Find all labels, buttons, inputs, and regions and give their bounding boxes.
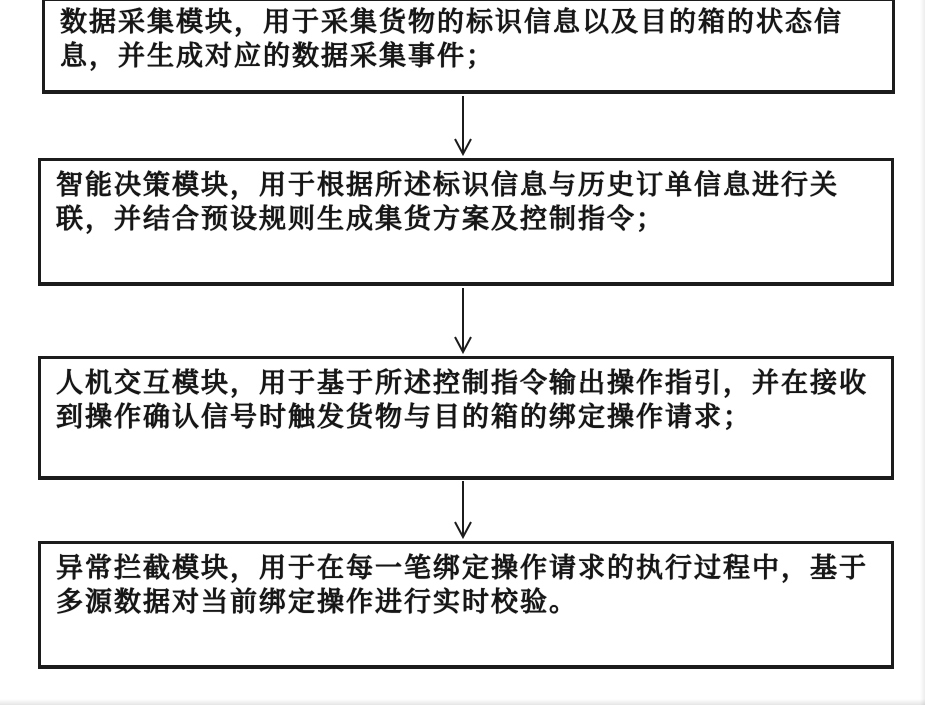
module-text-human-machine-interaction: 人机交互模块，用于基于所述控制指令输出操作指引，并在接收到操作确认信号时触发货物… (56, 367, 885, 435)
module-box-human-machine-interaction: 人机交互模块，用于基于所述控制指令输出操作指引，并在接收到操作确认信号时触发货物… (38, 356, 894, 480)
module-box-intelligent-decision: 智能决策模块，用于根据所述标识信息与历史订单信息进行关联，并结合预设规则生成集货… (38, 158, 894, 286)
down-arrow-icon (451, 96, 475, 156)
module-box-exception-interception: 异常拦截模块，用于在每一笔绑定操作请求的执行过程中，基于多源数据对当前绑定操作进… (38, 541, 894, 669)
module-text-data-collection: 数据采集模块，用于采集货物的标识信息以及目的箱的状态信息，并生成对应的数据采集事… (60, 6, 886, 74)
scan-edge (920, 0, 925, 705)
scan-edge (0, 699, 925, 705)
module-text-exception-interception: 异常拦截模块，用于在每一笔绑定操作请求的执行过程中，基于多源数据对当前绑定操作进… (56, 552, 885, 620)
module-box-data-collection: 数据采集模块，用于采集货物的标识信息以及目的箱的状态信息，并生成对应的数据采集事… (42, 0, 895, 94)
down-arrow-icon (451, 481, 475, 539)
patent-module-flowchart: 数据采集模块，用于采集货物的标识信息以及目的箱的状态信息，并生成对应的数据采集事… (0, 0, 925, 705)
module-text-intelligent-decision: 智能决策模块，用于根据所述标识信息与历史订单信息进行关联，并结合预设规则生成集货… (56, 169, 885, 237)
down-arrow-icon (451, 288, 475, 354)
